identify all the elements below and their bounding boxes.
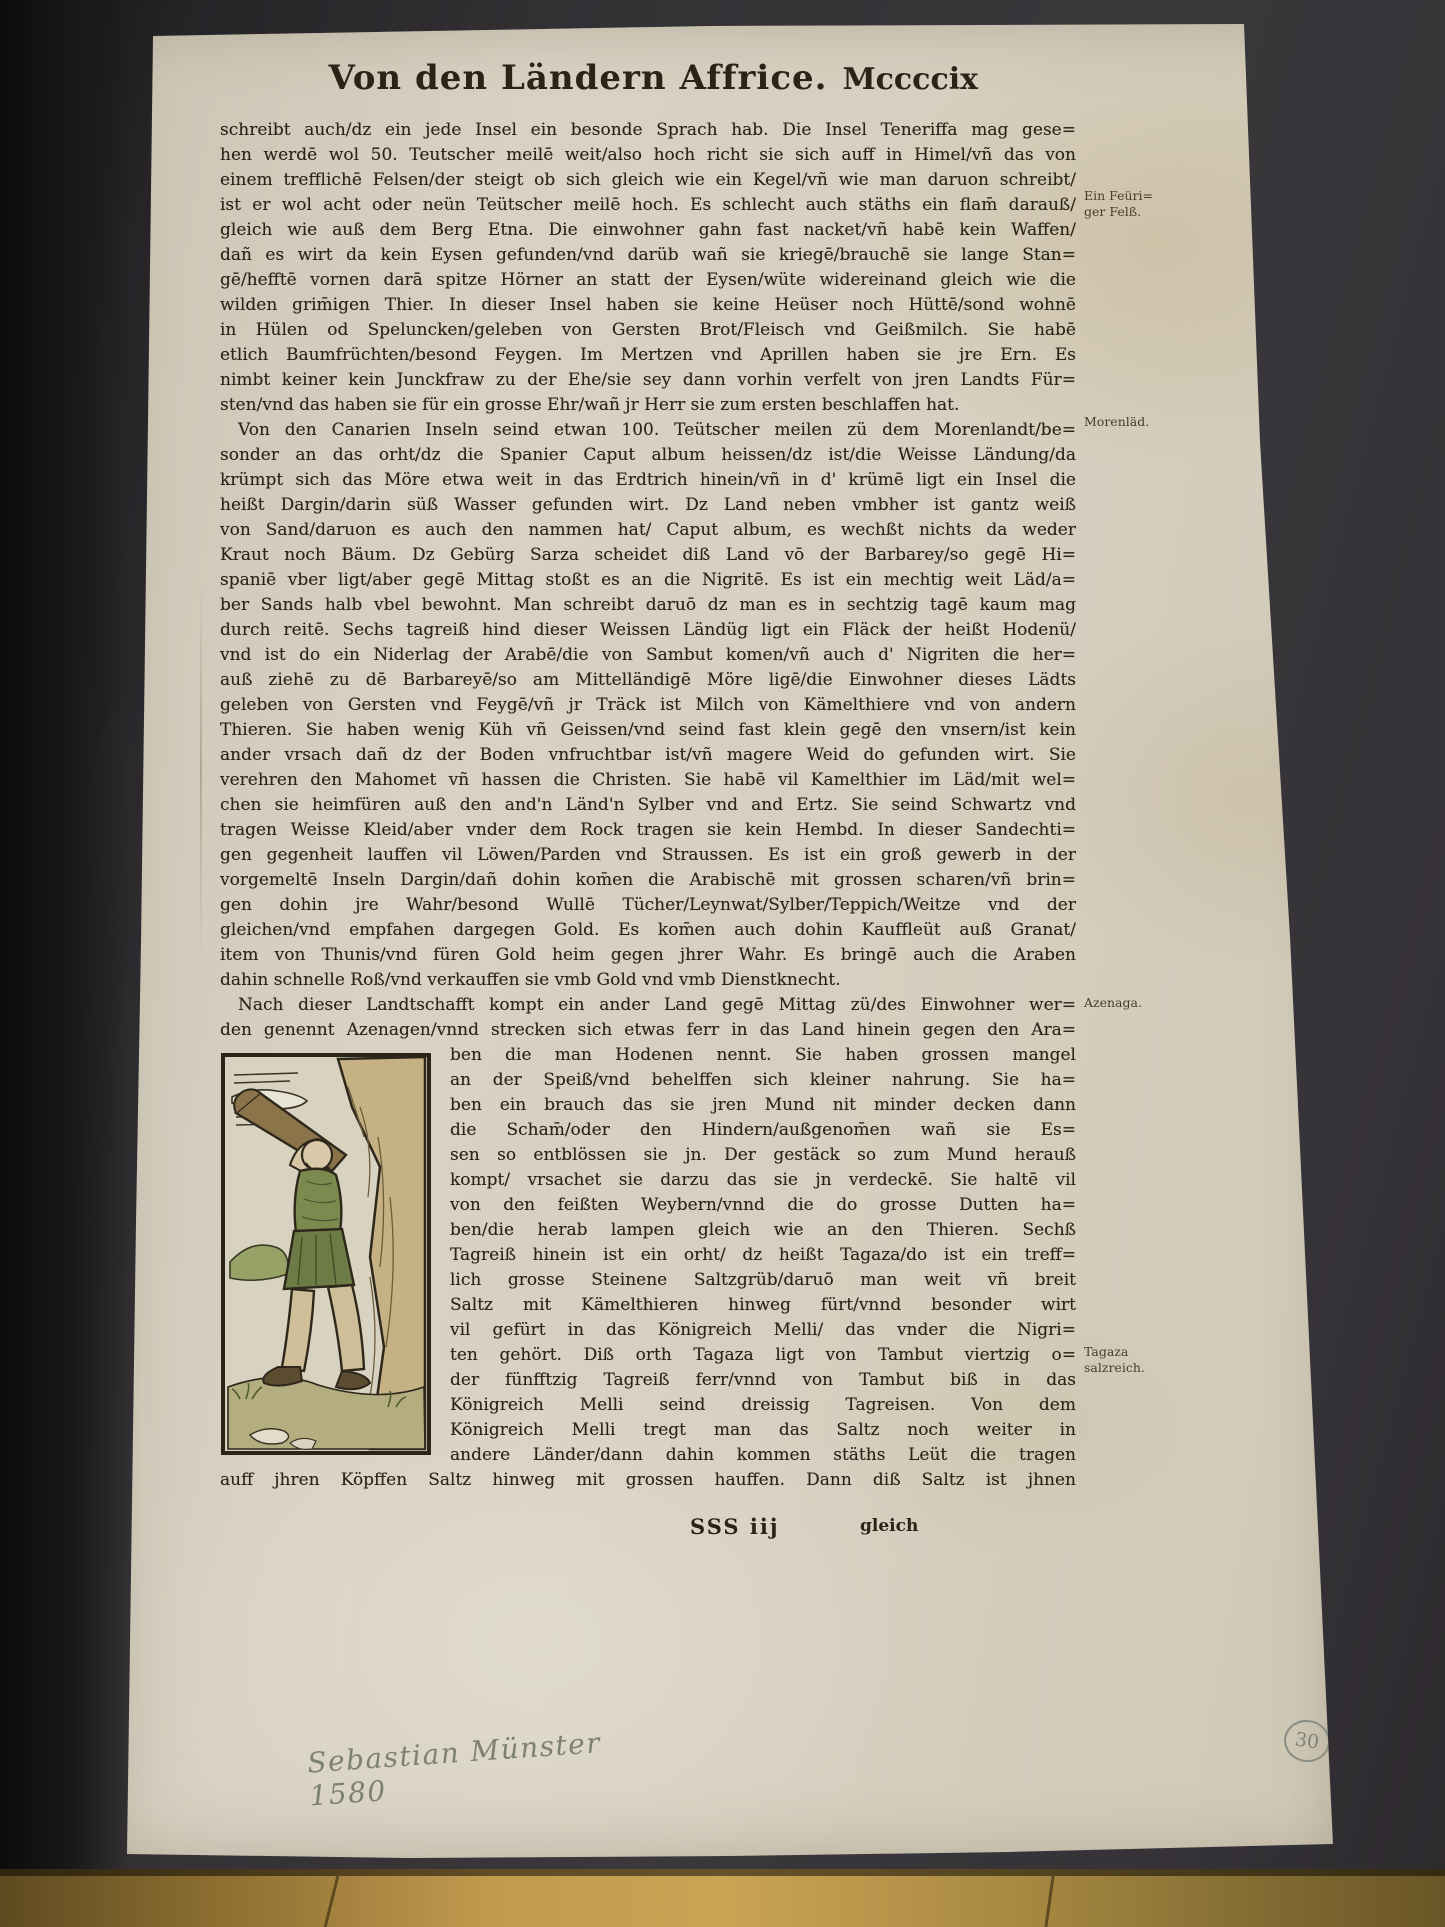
text-line: sten/vnd das haben sie für ein grosse Eh… xyxy=(220,393,1076,418)
signature-row: SSS iij gleich xyxy=(220,1514,1076,1542)
text-line: in Hülen od Speluncken/geleben von Gerst… xyxy=(220,318,1076,343)
paragraph-closing: auff jhren Köpffen Saltz hinweg mit gros… xyxy=(220,1468,1076,1493)
pencil-inscription: Sebastian Münster 1580 xyxy=(306,1722,670,1813)
text-line: Thieren. Sie haben wenig Küh vñ Geissen/… xyxy=(220,718,1076,743)
wood-table-edge xyxy=(0,1869,1445,1927)
text-line: chen sie heimfüren auß den and'n Länd'n … xyxy=(220,793,1076,818)
wood-plank-seam xyxy=(1044,1876,1054,1927)
circled-collection-number: 30 xyxy=(1281,1717,1332,1765)
photograph-of-antique-page: Von den Ländern Affrice. Mccccix schreib… xyxy=(0,0,1445,1927)
wood-plank-seam xyxy=(324,1876,340,1927)
catchword: gleich xyxy=(860,1516,918,1536)
paragraph-azenagen: ben die man Hodenen nennt. Sie haben gro… xyxy=(220,1043,1076,1468)
paragraph-teneriffa: schreibt auch/dz ein jede Insel ein beso… xyxy=(220,118,1076,418)
text-line: Nach dieser Landtschafft kompt ein ander… xyxy=(220,993,1076,1018)
text-line: nimbt keiner kein Junckfraw zu der Ehe/s… xyxy=(220,368,1076,393)
text-line: geleben von Gersten vnd Feygē/vñ jr Träc… xyxy=(220,693,1076,718)
text-line: ander vrsach dañ dz der Boden vnfruchtba… xyxy=(220,743,1076,768)
text-line: ist er wol acht oder neün Teütscher meil… xyxy=(220,193,1076,218)
text-line: gē/hefftē vornen darā spitze Hörner an s… xyxy=(220,268,1076,293)
text-line: dahin schnelle Roß/vnd verkauffen sie vm… xyxy=(220,968,1076,993)
folio-number: Mccccix xyxy=(748,62,978,97)
margin-note-azenaga: Azenaga. xyxy=(1084,995,1214,1011)
text-line: von Sand/daruon es auch den nammen hat/ … xyxy=(220,518,1076,543)
text-line: Ein Feüri= xyxy=(1084,188,1214,204)
text-line: Azenaga. xyxy=(1084,995,1214,1011)
text-line: auß ziehē zu dē Barbareyē/so am Mittellä… xyxy=(220,668,1076,693)
main-text-column: schreibt auch/dz ein jede Insel ein beso… xyxy=(220,118,1076,1493)
text-line: schreibt auch/dz ein jede Insel ein beso… xyxy=(220,118,1076,143)
text-line: gleichen/vnd empfahen dargegen Gold. Es … xyxy=(220,918,1076,943)
text-line: ger Felß. xyxy=(1084,204,1214,220)
text-line: Von den Canarien Inseln seind etwan 100.… xyxy=(220,418,1076,443)
text-line: ber Sands halb vbel bewohnt. Man schreib… xyxy=(220,593,1076,618)
paragraph-canarien: Von den Canarien Inseln seind etwan 100.… xyxy=(220,418,1076,993)
text-line: sonder an das orht/dz die Spanier Caput … xyxy=(220,443,1076,468)
text-line: gen dohin jre Wahr/besond Wullē Tücher/L… xyxy=(220,893,1076,918)
text-line: tragen Weisse Kleid/aber vnder dem Rock … xyxy=(220,818,1076,843)
paragraph-azenagen-intro: Nach dieser Landtschafft kompt ein ander… xyxy=(220,993,1076,1043)
text-line: verehren den Mahomet vñ hassen die Chris… xyxy=(220,768,1076,793)
paper-crease xyxy=(200,582,202,962)
text-line: Tagaza xyxy=(1084,1344,1214,1360)
text-line: Kraut noch Bäum. Dz Gebürg Sarza scheide… xyxy=(220,543,1076,568)
text-line: einem trefflichē Felsen/der steigt ob si… xyxy=(220,168,1076,193)
text-line: auff jhren Köpffen Saltz hinweg mit gros… xyxy=(220,1468,1076,1493)
hand-coloured-woodcut-giant-with-club xyxy=(220,1047,432,1459)
text-line: wilden grim̄igen Thier. In dieser Insel … xyxy=(220,293,1076,318)
text-line: gen gegenheit lauffen vil Löwen/Parden v… xyxy=(220,843,1076,868)
text-line: etlich Baumfrüchten/besond Feygen. Im Me… xyxy=(220,343,1076,368)
giant-woodcut-image xyxy=(220,1047,432,1459)
margin-note-tagaza: Tagazasalzreich. xyxy=(1084,1344,1214,1376)
text-line: heißt Dargin/darin süß Wasser gefunden w… xyxy=(220,493,1076,518)
backdrop-shadow xyxy=(0,0,130,1927)
text-line: salzreich. xyxy=(1084,1360,1214,1376)
gathering-signature: SSS iij xyxy=(690,1514,779,1539)
text-line: durch reitē. Sechs tagreiß hind dieser W… xyxy=(220,618,1076,643)
text-line: hen werdē wol 50. Teutscher meilē weit/a… xyxy=(220,143,1076,168)
margin-note-fiery-rock: Ein Feüri=ger Felß. xyxy=(1084,188,1214,220)
text-line: dañ es wirt da kein Eysen gefunden/vnd d… xyxy=(220,243,1076,268)
text-line: vorgemeltē Inseln Dargin/dañ dohin kom̄e… xyxy=(220,868,1076,893)
text-line: item von Thunis/vnd füren Gold heim gege… xyxy=(220,943,1076,968)
text-line: spaniē vber ligt/aber gegē Mittag stoßt … xyxy=(220,568,1076,593)
text-line: Morenläd. xyxy=(1084,414,1214,430)
text-line: krümpt sich das Möre etwa weit in das Er… xyxy=(220,468,1076,493)
text-line: vnd ist do ein Niderlag der Arabē/die vo… xyxy=(220,643,1076,668)
text-line: gleich wie auß dem Berg Etna. Die einwoh… xyxy=(220,218,1076,243)
margin-note-morenland: Morenläd. xyxy=(1084,414,1214,430)
printed-book-page: Von den Ländern Affrice. Mccccix schreib… xyxy=(108,22,1340,1862)
text-line: den genennt Azenagen/vnnd strecken sich … xyxy=(220,1018,1076,1043)
